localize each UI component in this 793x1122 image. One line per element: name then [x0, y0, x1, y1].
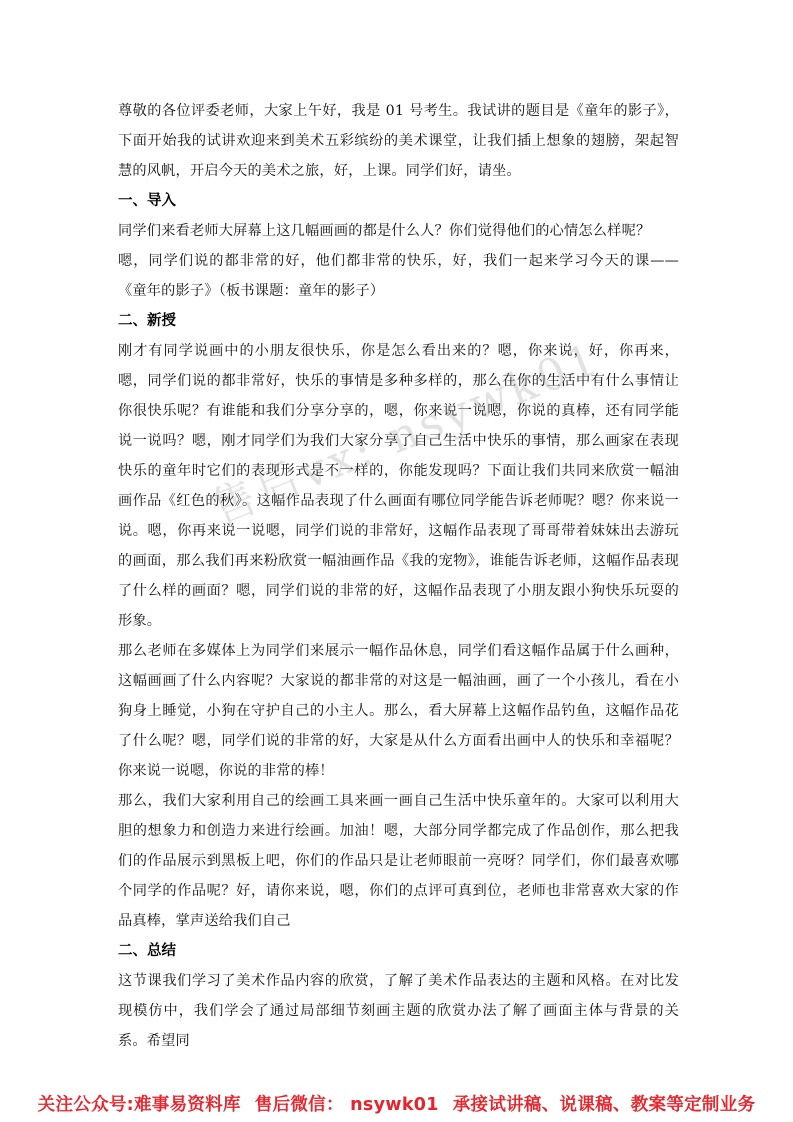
- footer-service-note: 承接试讲稿、说课稿、教案等定制业务: [453, 1091, 756, 1116]
- new-lesson-paragraph-2: 那么老师在多媒体上为同学们来展示一幅作品休息，同学们看这幅作品属于什么画种，这幅…: [118, 636, 679, 786]
- intro-paragraph: 尊敬的各位评委老师，大家上午好，我是 01 号考生。我试讲的题目是《童年的影子》…: [118, 96, 679, 186]
- footer-official-account: 关注公众号:难事易资料库: [38, 1091, 241, 1116]
- new-lesson-paragraph-3: 那么，我们大家利用自己的绘画工具来画一画自己生活中快乐童年的。大家可以利用大胆的…: [118, 786, 679, 936]
- section-heading-new-lesson: 二、新授: [118, 306, 679, 336]
- new-lesson-paragraph-1: 刚才有同学说画中的小朋友很快乐，你是怎么看出来的？嗯，你来说，好，你再来，嗯，同…: [118, 336, 679, 636]
- section-heading-intro: 一、导入: [118, 186, 679, 216]
- section-heading-summary: 二、总结: [118, 936, 679, 966]
- intro-paragraph-2: 嗯，同学们说的都非常的好，他们都非常的快乐，好，我们一起来学习今天的课——《童年…: [118, 246, 679, 306]
- footer-banner: 关注公众号:难事易资料库 售后微信： nsywk01 承接试讲稿、说课稿、教案等…: [0, 1088, 793, 1118]
- footer-wechat-contact: 售后微信： nsywk01: [255, 1091, 439, 1116]
- summary-paragraph-1: 这节课我们学习了美术作品内容的欣赏，了解了美术作品表达的主题和风格。在对比发现模…: [118, 966, 679, 1056]
- intro-paragraph-1: 同学们来看老师大屏幕上这几幅画画的都是什么人？你们觉得他们的心情怎么样呢？: [118, 216, 679, 246]
- document-page: 尊敬的各位评委老师，大家上午好，我是 01 号考生。我试讲的题目是《童年的影子》…: [118, 96, 679, 1056]
